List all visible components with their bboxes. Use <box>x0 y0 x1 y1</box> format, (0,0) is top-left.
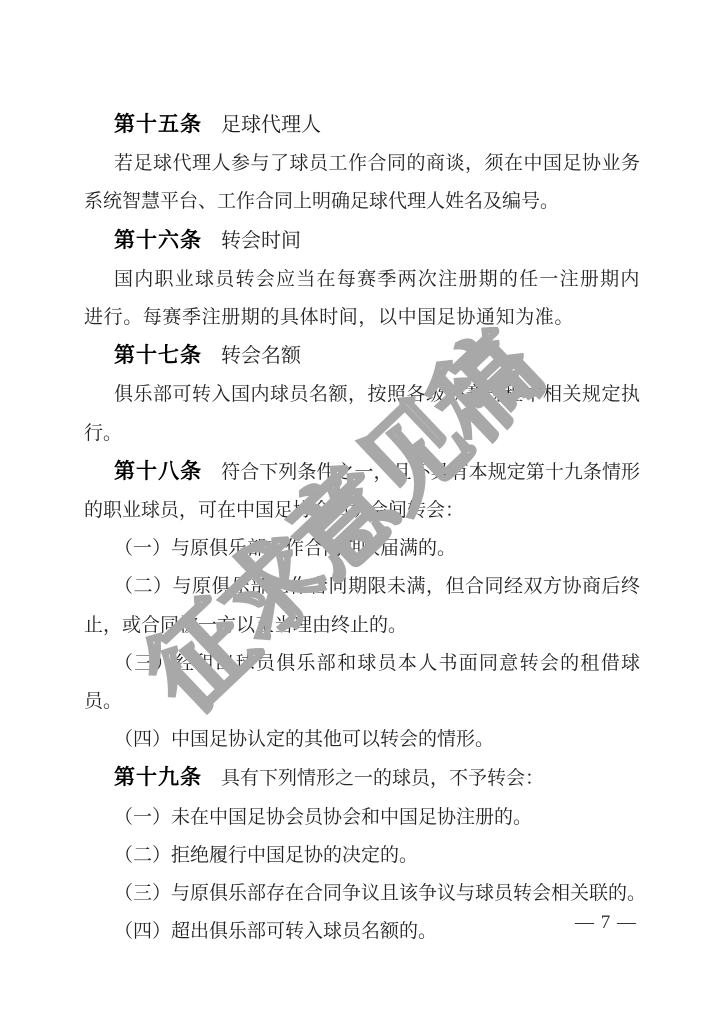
article-heading-15: 第十五条足球代理人 <box>84 106 640 145</box>
body-paragraph: 俱乐部可转入国内球员名额，按照各级联赛规程中相关规定执行。 <box>84 376 640 452</box>
document-page: 第十五条足球代理人 若足球代理人参与了球员工作合同的商谈，须在中国足协业务系统智… <box>0 0 720 1018</box>
article-heading-17: 第十七条转会名额 <box>84 337 640 376</box>
list-item: （四）超出俱乐部可转入球员名额的。 <box>84 913 640 951</box>
article-heading-19: 第十九条具有下列情形之一的球员，不予转会： <box>84 759 640 798</box>
page-number: — 7 — <box>575 912 637 934</box>
body-paragraph: 国内职业球员转会应当在每赛季两次注册期的任一注册期内进行。每赛季注册期的具体时间… <box>84 261 640 337</box>
article-number: 第十九条 <box>114 766 202 789</box>
list-item: （一）与原俱乐部工作合同期限届满的。 <box>84 530 640 568</box>
list-item: （一）未在中国足协会员协会和中国足协注册的。 <box>84 799 640 837</box>
list-item: （二）与原俱乐部工作合同期限未满，但合同经双方协商后终止，或合同被一方以正当理由… <box>84 568 640 644</box>
body-paragraph: 若足球代理人参与了球员工作合同的商谈，须在中国足协业务系统智慧平台、工作合同上明… <box>84 145 640 221</box>
article-number: 第十六条 <box>114 229 202 252</box>
list-item: （四）中国足协认定的其他可以转会的情形。 <box>84 721 640 759</box>
article-title: 转会时间 <box>221 230 301 252</box>
article-heading-18: 第十八条符合下列条件之一，且不具有本规定第十九条情形的职业球员，可在中国足协会员… <box>84 453 640 530</box>
document-body: 第十五条足球代理人 若足球代理人参与了球员工作合同的商谈，须在中国足协业务系统智… <box>84 106 640 951</box>
list-item: （二）拒绝履行中国足协的决定的。 <box>84 837 640 875</box>
list-item: （三）经租出球员俱乐部和球员本人书面同意转会的租借球员。 <box>84 645 640 721</box>
article-title: 足球代理人 <box>221 114 321 136</box>
article-lead-text: 具有下列情形之一的球员，不予转会： <box>221 768 544 789</box>
article-number: 第十五条 <box>114 113 202 136</box>
article-heading-16: 第十六条转会时间 <box>84 222 640 261</box>
list-item: （三）与原俱乐部存在合同争议且该争议与球员转会相关联的。 <box>84 875 640 913</box>
article-title: 转会名额 <box>221 345 301 367</box>
article-number: 第十八条 <box>114 460 202 483</box>
article-number: 第十七条 <box>114 344 202 367</box>
